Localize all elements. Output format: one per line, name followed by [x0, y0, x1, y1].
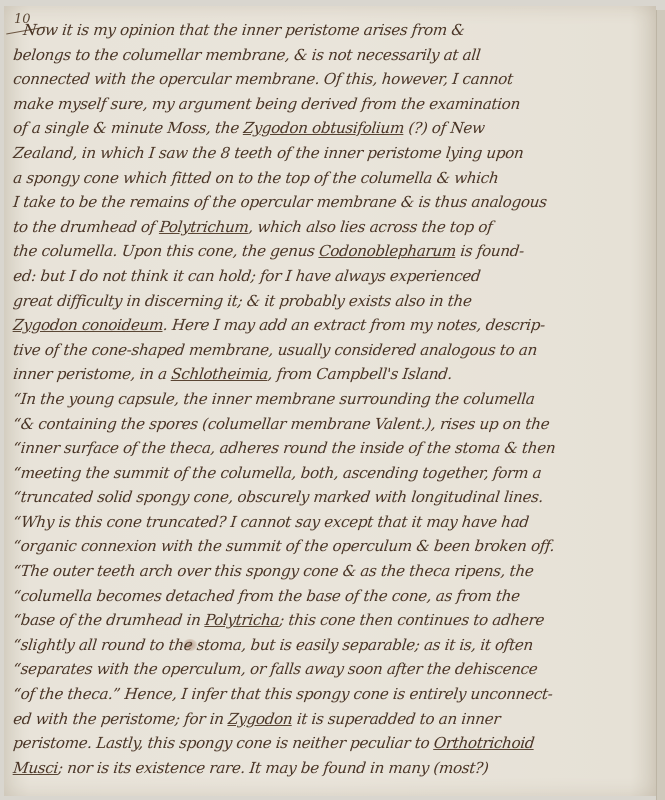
line-text: “inner surface of the theca, adheres rou…: [12, 439, 556, 457]
manuscript-line: connected with the opercular membrane. O…: [12, 67, 655, 92]
manuscript-line: “organic connexion with the summit of th…: [12, 534, 655, 559]
underlined-taxon: Zygodon obtusifolium: [243, 119, 405, 137]
line-text: the columella. Upon this cone, the genus: [12, 242, 320, 260]
line-text: “columella becomes detached from the bas…: [12, 587, 520, 605]
manuscript-line: the columella. Upon this cone, the genus…: [12, 239, 655, 264]
line-text: , which also lies across the top of: [248, 218, 494, 236]
manuscript-line: “base of the drumhead in Polytricha; thi…: [12, 608, 655, 633]
manuscript-line: belongs to the columellar membrane, & is…: [12, 43, 655, 68]
underlined-taxon: Orthotrichoid: [433, 734, 535, 752]
manuscript-line: “meeting the summit of the columella, bo…: [12, 461, 655, 486]
line-text: great difficulty in discerning it; & it …: [12, 292, 472, 310]
manuscript-line: “truncated solid spongy cone, obscurely …: [12, 485, 655, 510]
underlined-taxon: Schlotheimia: [170, 365, 268, 383]
line-text: I take to be the remains of the opercula…: [12, 193, 547, 211]
line-text: inner peristome, in a: [12, 365, 172, 383]
line-text: “The outer teeth arch over this spongy c…: [12, 562, 534, 580]
manuscript-line: Zealand, in which I saw the 8 teeth of t…: [12, 141, 655, 166]
line-text: “truncated solid spongy cone, obscurely …: [12, 488, 544, 506]
manuscript-line: “Why is this cone truncated? I cannot sa…: [12, 510, 655, 535]
line-text: “In the young capsule, the inner membran…: [12, 390, 535, 408]
manuscript-text-body: Now it is my opinion that the inner peri…: [12, 18, 652, 780]
line-text: ed with the peristome; for in: [12, 710, 229, 728]
line-text: ; nor is its existence rare. It may be f…: [57, 759, 489, 777]
line-text: peristome. Lastly, this spongy cone is n…: [12, 734, 434, 752]
line-text: belongs to the columellar membrane, & is…: [12, 46, 481, 64]
manuscript-line: “& containing the spores (columellar mem…: [12, 412, 655, 437]
manuscript-line: great difficulty in discerning it; & it …: [12, 289, 655, 314]
underlined-taxon: Polytricha: [204, 611, 280, 629]
line-text: (?) of New: [403, 119, 486, 137]
line-text: “organic connexion with the summit of th…: [12, 537, 555, 555]
manuscript-line: Now it is my opinion that the inner peri…: [12, 18, 655, 43]
manuscript-line: “In the young capsule, the inner membran…: [12, 387, 655, 412]
line-text: “separates with the operculum, or falls …: [12, 660, 538, 678]
underlined-taxon: Musci: [12, 759, 59, 777]
manuscript-line: make myself sure, my argument being deri…: [12, 92, 655, 117]
manuscript-line: Zygodon conoideum. Here I may add an ext…: [12, 313, 655, 338]
line-text: of a single & minute Moss, the: [12, 119, 244, 137]
line-text: is found-: [455, 242, 525, 260]
line-text: “Why is this cone truncated? I cannot sa…: [12, 513, 529, 531]
line-text: “base of the drumhead in: [12, 611, 206, 629]
manuscript-line: Musci; nor is its existence rare. It may…: [12, 756, 655, 781]
underlined-taxon: Codonoblepharum: [318, 242, 457, 260]
line-text: Now it is my opinion that the inner peri…: [22, 21, 465, 39]
line-text: . Here I may add an extract from my note…: [162, 316, 546, 334]
manuscript-line: “columella becomes detached from the bas…: [12, 584, 655, 609]
underlined-taxon: Zygodon: [227, 710, 293, 728]
line-text: “of the theca.” Hence, I infer that this…: [12, 685, 553, 703]
manuscript-line: “separates with the operculum, or falls …: [12, 657, 655, 682]
manuscript-line: “slightly all round to the stoma, but is…: [12, 633, 655, 658]
manuscript-line: tive of the cone-shaped membrane, usuall…: [12, 338, 655, 363]
manuscript-line: I take to be the remains of the opercula…: [12, 190, 655, 215]
manuscript-line: inner peristome, in a Schlotheimia, from…: [12, 362, 655, 387]
manuscript-line: “The outer teeth arch over this spongy c…: [12, 559, 655, 584]
line-text: connected with the opercular membrane. O…: [12, 70, 513, 88]
adjacent-page-edge: [656, 10, 665, 800]
manuscript-line: “inner surface of the theca, adheres rou…: [12, 436, 655, 461]
manuscript-line: ed with the peristome; for in Zygodon it…: [12, 707, 655, 732]
line-text: a spongy cone which fitted on to the top…: [12, 169, 499, 187]
manuscript-line: ed: but I do not think it can hold; for …: [12, 264, 655, 289]
line-text: it is superadded to an inner: [291, 710, 501, 728]
line-text: “& containing the spores (columellar mem…: [12, 415, 550, 433]
line-text: “slightly all round to the stoma, but is…: [12, 636, 534, 654]
manuscript-line: to the drumhead of Polytrichum, which al…: [12, 215, 655, 240]
line-text: tive of the cone-shaped membrane, usuall…: [12, 341, 538, 359]
line-text: “meeting the summit of the columella, bo…: [12, 464, 542, 482]
manuscript-line: a spongy cone which fitted on to the top…: [12, 166, 655, 191]
line-text: ; this cone then continues to adhere: [278, 611, 545, 629]
manuscript-line: peristome. Lastly, this spongy cone is n…: [12, 731, 655, 756]
line-text: Zealand, in which I saw the 8 teeth of t…: [12, 144, 524, 162]
manuscript-line: of a single & minute Moss, the Zygodon o…: [12, 116, 655, 141]
manuscript-line: “of the theca.” Hence, I infer that this…: [12, 682, 655, 707]
line-text: , from Campbell's Island.: [267, 365, 453, 383]
line-text: to the drumhead of: [12, 218, 160, 236]
line-text: make myself sure, my argument being deri…: [12, 95, 521, 113]
underlined-taxon: Polytrichum: [159, 218, 250, 236]
line-text: ed: but I do not think it can hold; for …: [12, 267, 481, 285]
underlined-taxon: Zygodon conoideum: [12, 316, 164, 334]
